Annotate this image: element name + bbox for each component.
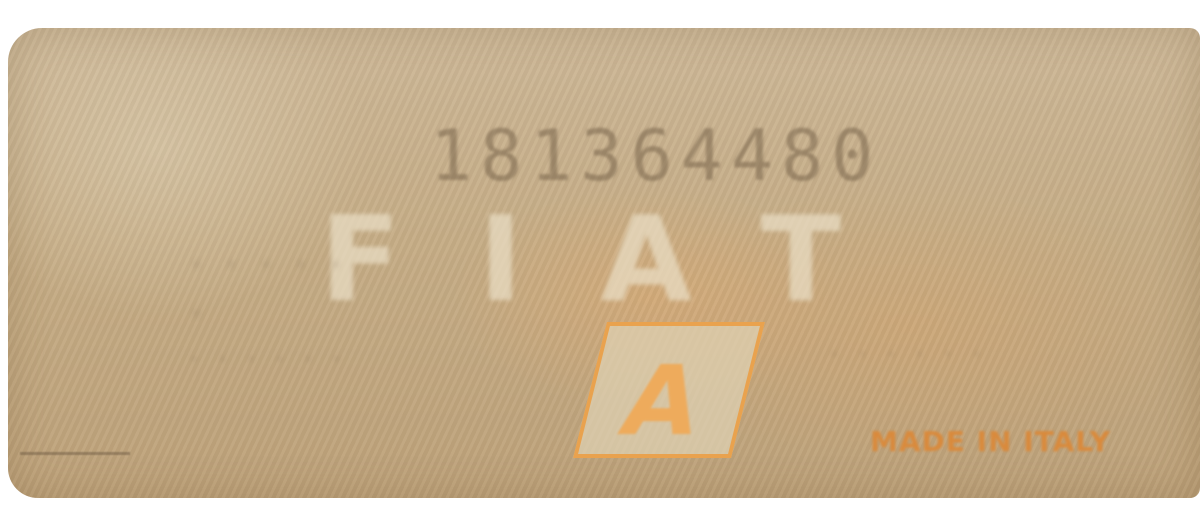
part-number: 181364480 <box>430 115 881 197</box>
faded-text-right: · · · · · · <box>830 340 987 370</box>
faded-text-left: · · · · · · <box>190 345 347 375</box>
origin-text: MADE IN ITALY <box>870 425 1111 458</box>
scratch-mark <box>20 452 130 455</box>
faded-text: · · · · · · <box>190 240 370 300</box>
brand-name: FIAT <box>320 190 919 328</box>
